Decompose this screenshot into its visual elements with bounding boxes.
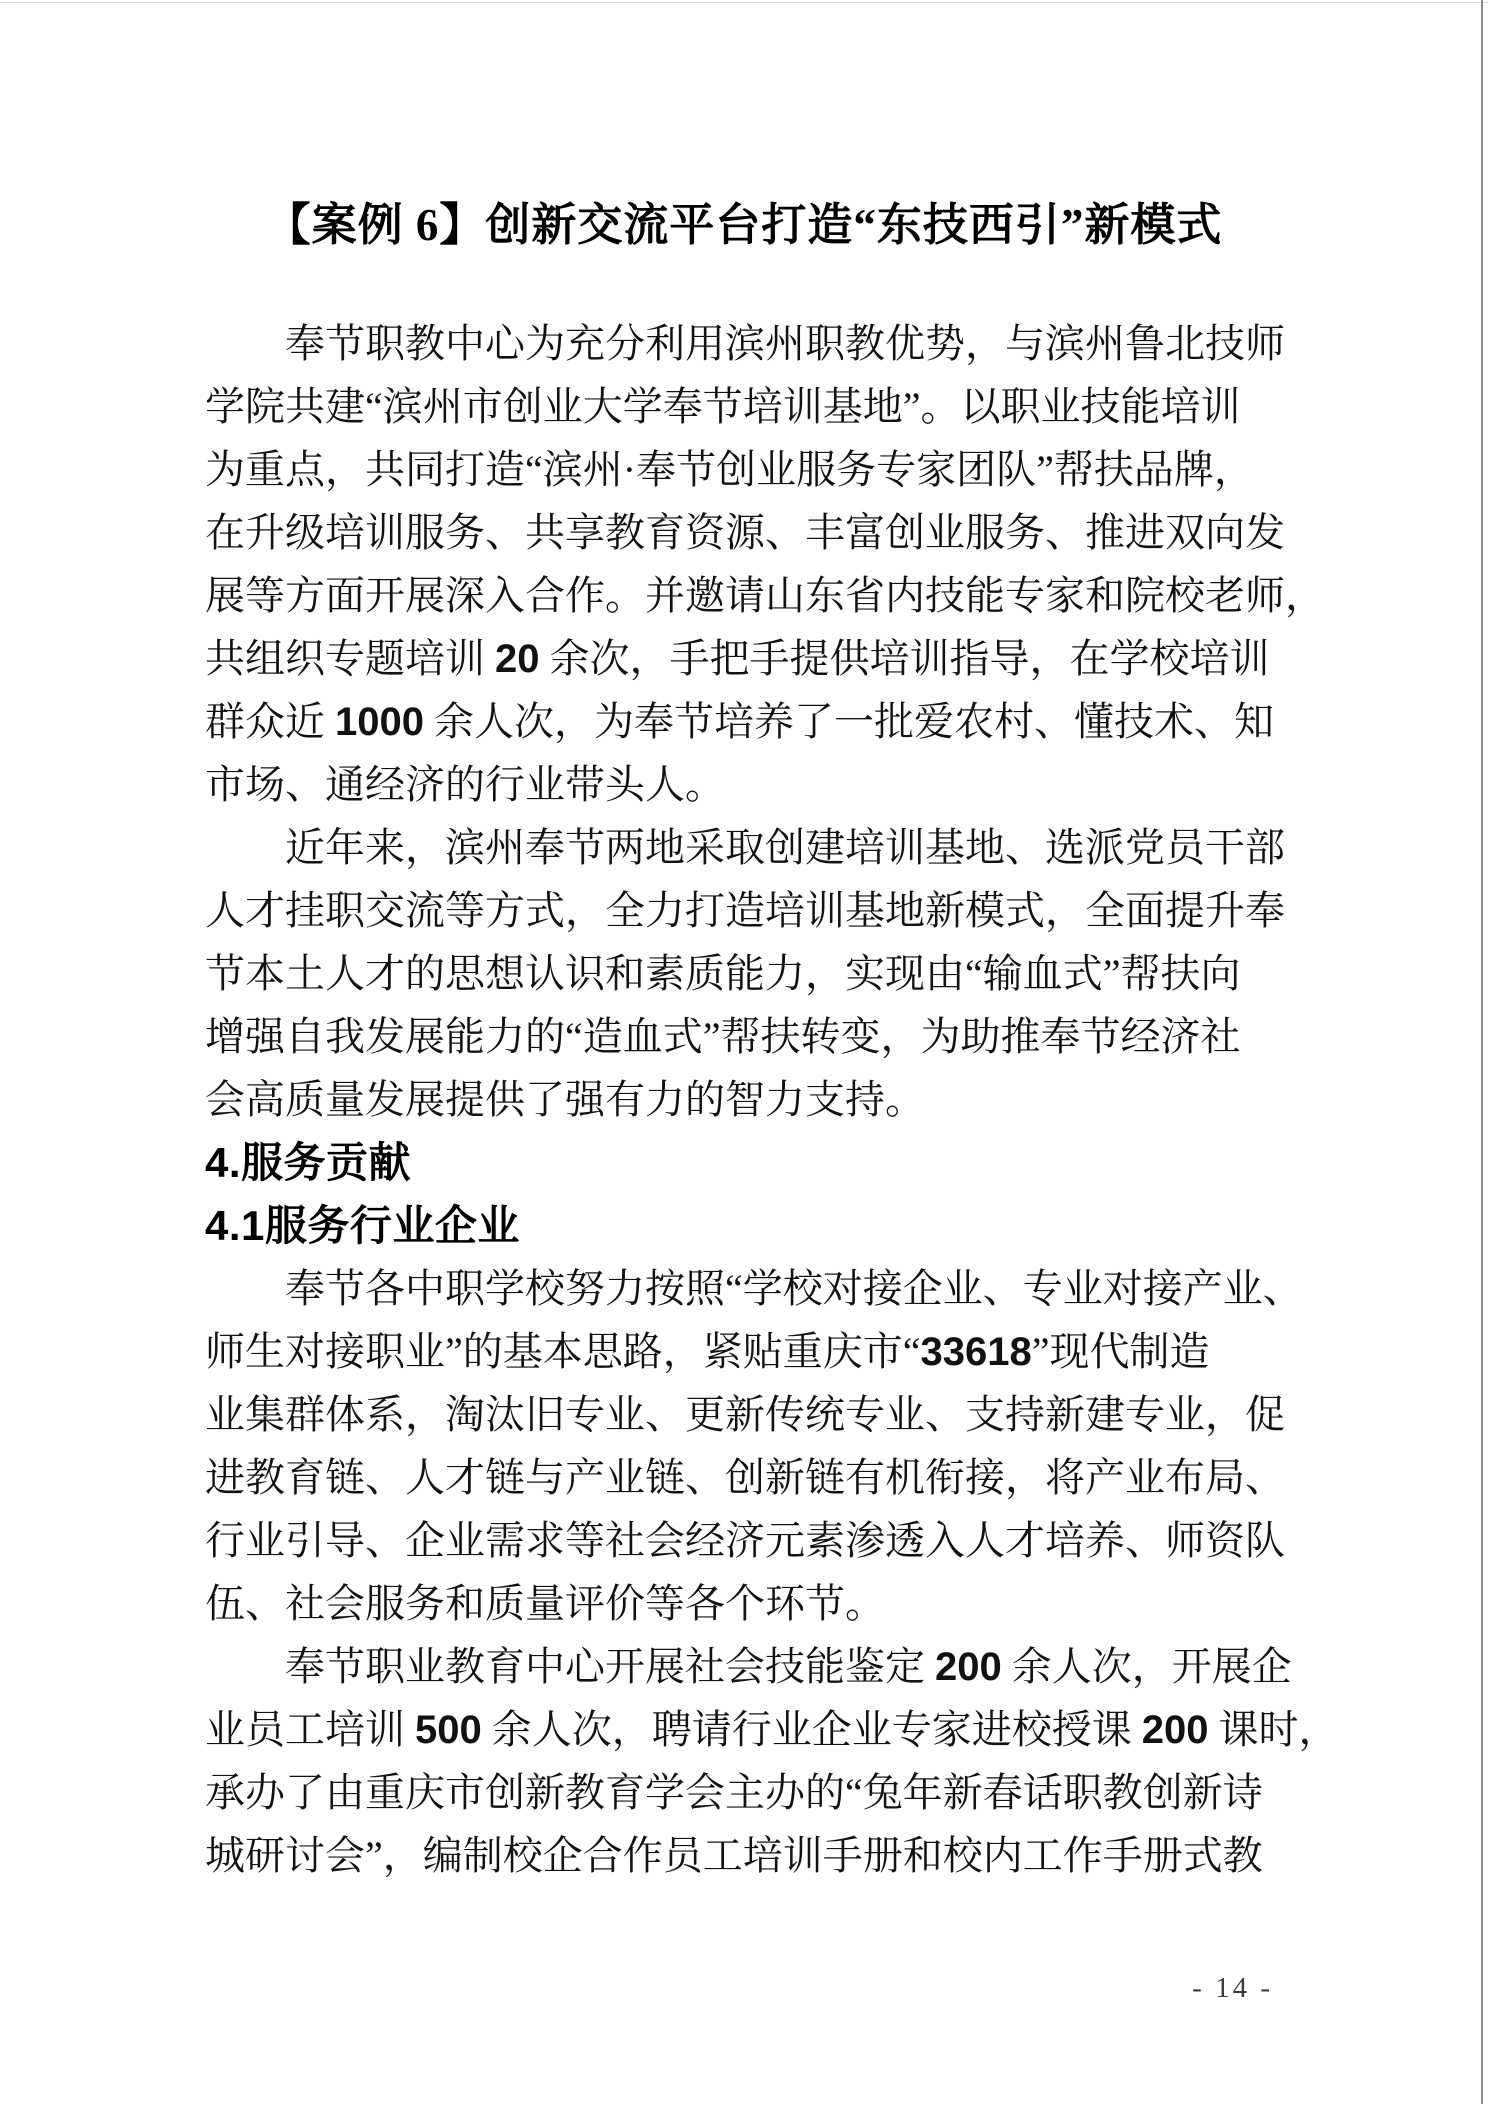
paragraph1-line: 学院共建“滨州市创业大学奉节培训基地”。以职业技能培训	[205, 375, 1315, 438]
document-title: 【案例 6】创新交流平台打造“东技西引”新模式	[0, 188, 1488, 253]
paragraph3-line: 奉节各中职学校努力按照“学校对接企业、专业对接产业、	[205, 1257, 1315, 1320]
paragraph1-line: 群众近 1000 余人次，为奉节培养了一批爱农村、懂技术、知	[205, 690, 1315, 753]
paragraph1-line: 奉节职教中心为充分利用滨州职教优势，与滨州鲁北技师	[205, 312, 1315, 375]
paragraph4-line: 城研讨会”，编制校企合作员工培训手册和校内工作手册式教	[205, 1824, 1315, 1887]
paragraph1-line: 在升级培训服务、共享教育资源、丰富创业服务、推进双向发	[205, 501, 1315, 564]
paragraph1-line: 共组织专题培训 20 余次，手把手提供培训指导，在学校培训	[205, 627, 1315, 690]
document-body: 奉节职教中心为充分利用滨州职教优势，与滨州鲁北技师 学院共建“滨州市创业大学奉节…	[205, 312, 1315, 1887]
paragraph4-line: 承办了由重庆市创新教育学会主办的“兔年新春话职教创新诗	[205, 1761, 1315, 1824]
page-right-edge-line	[1481, 0, 1483, 2104]
paragraph2-line: 会高质量发展提供了强有力的智力支持。	[205, 1068, 1315, 1131]
section-heading-4-1: 4.1服务行业企业	[205, 1194, 1315, 1257]
paragraph4-line: 业员工培训 500 余人次，聘请行业企业专家进校授课 200 课时，	[205, 1698, 1315, 1761]
paragraph1-line: 市场、通经济的行业带头人。	[205, 753, 1315, 816]
document-page: 【案例 6】创新交流平台打造“东技西引”新模式 奉节职教中心为充分利用滨州职教优…	[0, 0, 1488, 2104]
paragraph2-line: 节本土人才的思想认识和素质能力，实现由“输血式”帮扶向	[205, 942, 1315, 1005]
paragraph3-line: 业集群体系，淘汰旧专业、更新传统专业、支持新建专业，促	[205, 1383, 1315, 1446]
paragraph2-line: 人才挂职交流等方式，全力打造培训基地新模式，全面提升奉	[205, 879, 1315, 942]
paragraph4-line: 奉节职业教育中心开展社会技能鉴定 200 余人次，开展企	[205, 1635, 1315, 1698]
paragraph3-line: 师生对接职业”的基本思路，紧贴重庆市“33618”现代制造	[205, 1320, 1315, 1383]
paragraph1-line: 展等方面开展深入合作。并邀请山东省内技能专家和院校老师，	[205, 564, 1315, 627]
paragraph2-line: 近年来，滨州奉节两地采取创建培训基地、选派党员干部	[205, 816, 1315, 879]
paragraph3-line: 行业引导、企业需求等社会经济元素渗透入人才培养、师资队	[205, 1509, 1315, 1572]
page-top-edge-line	[0, 2, 1488, 3]
section-heading-4: 4.服务贡献	[205, 1131, 1315, 1194]
paragraph3-line: 伍、社会服务和质量评价等各个环节。	[205, 1572, 1315, 1635]
paragraph2-line: 增强自我发展能力的“造血式”帮扶转变，为助推奉节经济社	[205, 1005, 1315, 1068]
paragraph3-line: 进教育链、人才链与产业链、创新链有机衔接，将产业布局、	[205, 1446, 1315, 1509]
paragraph1-line: 为重点，共同打造“滨州·奉节创业服务专家团队”帮扶品牌，	[205, 438, 1315, 501]
page-number: - 14 -	[1192, 1972, 1273, 2005]
